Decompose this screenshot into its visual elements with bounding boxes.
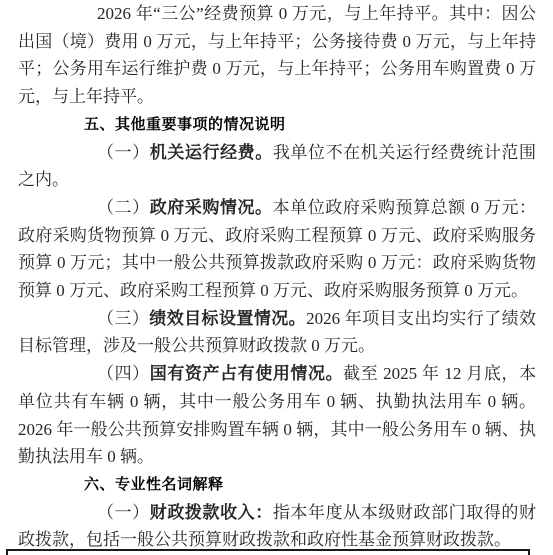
- item-title: 国有资产占有使用情况。: [150, 364, 343, 383]
- item-number: （一）: [97, 503, 150, 522]
- item-number: （一）: [97, 143, 150, 162]
- paragraph-performance-targets: （三）绩效目标设置情况。2026 年项目支出均实行了绩效目标管理，涉及一般公共预…: [18, 305, 536, 360]
- next-section-table-top-border: [6, 549, 530, 555]
- paragraph-procurement: （二）政府采购情况。本单位政府采购预算总额 0 万元：政府采购货物预算 0 万元…: [18, 194, 536, 305]
- item-number: （四）: [97, 364, 150, 383]
- item-number: （二）: [97, 198, 150, 217]
- document-body: 2026 年“三公”经费预算 0 万元，与上年持平。其中：因公出国（境）费用 0…: [18, 0, 536, 554]
- paragraph-fiscal-appropriation: （一）财政拨款收入：指本年度从本级财政部门取得的财政拨款，包括一般公共预算财政拨…: [18, 499, 536, 554]
- item-title: 机关运行经费。: [150, 143, 273, 162]
- paragraph-sangong-budget: 2026 年“三公”经费预算 0 万元，与上年持平。其中：因公出国（境）费用 0…: [18, 0, 536, 111]
- heading-section-five: 五、其他重要事项的情况说明: [18, 111, 536, 139]
- paragraph-sangong-budget-text: 2026 年“三公”经费预算 0 万元，与上年持平。其中：因公出国（境）费用 0…: [18, 4, 536, 106]
- paragraph-agency-operation: （一）机关运行经费。我单位不在机关运行经费统计范围之内。: [18, 139, 536, 194]
- document-page: 2026 年“三公”经费预算 0 万元，与上年持平。其中：因公出国（境）费用 0…: [0, 0, 553, 555]
- item-body-text: 指本年度从本级财政部门取得的财政拨款，包括一般公共预算财政拨款和政府性基金预算财…: [18, 503, 536, 550]
- heading-section-six: 六、专业性名词解释: [18, 471, 536, 499]
- item-title: 财政拨款收入：: [150, 503, 273, 522]
- item-title: 绩效目标设置情况。: [149, 309, 306, 328]
- paragraph-state-assets: （四）国有资产占有使用情况。截至 2025 年 12 月底，本单位共有车辆 0 …: [18, 360, 536, 471]
- item-number: （三）: [97, 309, 149, 328]
- item-body-text: 本单位政府采购预算总额 0 万元：政府采购货物预算 0 万元、政府采购工程预算 …: [18, 198, 536, 300]
- item-title: 政府采购情况。: [150, 198, 273, 217]
- item-body-text: 我单位不在机关运行经费统计范围之内。: [18, 143, 536, 190]
